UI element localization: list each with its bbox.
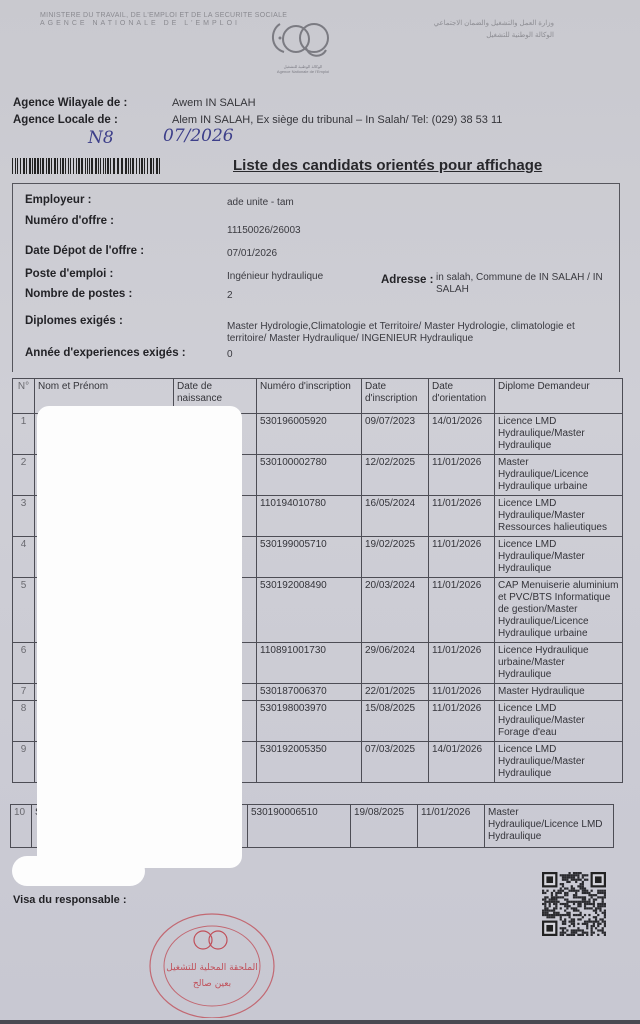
experience-value: 0 <box>227 349 233 361</box>
cell-date-inscription: 19/02/2025 <box>362 537 429 578</box>
numero-offre-value: 11150026/26003 <box>227 225 301 237</box>
cell-date-orientation: 11/01/2026 <box>418 805 485 848</box>
visa-label: Visa du responsable : <box>13 894 127 906</box>
header-french: MINISTERE DU TRAVAIL, DE L'EMPLOI ET DE … <box>40 12 287 27</box>
cell-date-inscription: 15/08/2025 <box>362 701 429 742</box>
cell-num: 7 <box>13 684 35 701</box>
bottom-edge <box>0 1020 640 1024</box>
document-title: Liste des candidats orientés pour affich… <box>233 157 542 174</box>
qr-code-icon <box>540 872 608 936</box>
anem-logo-icon <box>266 18 336 58</box>
cell-date-inscription: 16/05/2024 <box>362 496 429 537</box>
cell-diplome: Master Hydraulique/Licence LMD Hydrauliq… <box>485 805 614 848</box>
poste-label: Poste d'emploi : <box>25 268 113 280</box>
svg-text:بعين صالح: بعين صالح <box>193 979 231 989</box>
svg-text:الملحقة المحلية للتشغيل: الملحقة المحلية للتشغيل <box>166 963 257 973</box>
col-header-date-orientation: Date d'orientation <box>429 379 495 414</box>
agence-wilayale-label: Agence Wilayale de : <box>13 97 127 109</box>
diplomes-label: Diplomes exigés : <box>25 315 123 327</box>
header-arabic: وزارة العمل والتشغيل والضمان الاجتماعي ا… <box>434 18 554 42</box>
redaction-names <box>37 406 242 868</box>
diplomes-value: Master Hydrologie,Climatologie et Territ… <box>227 321 615 345</box>
cell-date-inscription: 20/03/2024 <box>362 578 429 643</box>
cell-date-inscription: 22/01/2025 <box>362 684 429 701</box>
cell-inscription: 530192005350 <box>257 742 362 783</box>
cell-date-orientation: 14/01/2026 <box>429 742 495 783</box>
col-header-date-inscription: Date d'inscription <box>362 379 429 414</box>
cell-date-orientation: 11/01/2026 <box>429 643 495 684</box>
handwritten-ref: N8 <box>88 128 114 148</box>
cell-diplome: Licence LMD Hydraulique/Master Ressource… <box>495 496 623 537</box>
cell-num: 2 <box>13 455 35 496</box>
numero-offre-label: Numéro d'offre : <box>25 215 114 227</box>
agence-wilayale-row: Agence Wilayale de : Awem IN SALAH <box>13 97 127 109</box>
cell-num: 6 <box>13 643 35 684</box>
cell-num: 5 <box>13 578 35 643</box>
agence-wilayale-value: Awem IN SALAH <box>172 97 256 109</box>
nombre-postes-label: Nombre de postes : <box>25 288 132 300</box>
cell-inscription: 110194010780 <box>257 496 362 537</box>
cell-diplome: Licence LMD Hydraulique/Master Hydrauliq… <box>495 537 623 578</box>
cell-date-orientation: 11/01/2026 <box>429 701 495 742</box>
cell-num: 10 <box>11 805 32 848</box>
document-page: MINISTERE DU TRAVAIL, DE L'EMPLOI ET DE … <box>0 0 640 1024</box>
col-header-diplome: Diplome Demandeur <box>495 379 623 414</box>
logo-caption: الوكالة الوطنية للتشغيل Agence Nationale… <box>268 64 338 74</box>
cell-diplome: Licence LMD Hydraulique/Master Hydrauliq… <box>495 414 623 455</box>
cell-date-inscription: 29/06/2024 <box>362 643 429 684</box>
agence-locale-label: Agence Locale de : <box>13 114 118 126</box>
col-header-inscription: Numéro d'inscription <box>257 379 362 414</box>
cell-inscription: 530100002780 <box>257 455 362 496</box>
cell-num: 1 <box>13 414 35 455</box>
cell-date-orientation: 11/01/2026 <box>429 537 495 578</box>
cell-inscription: 530196005920 <box>257 414 362 455</box>
col-header-num: N° <box>13 379 35 414</box>
cell-num: 8 <box>13 701 35 742</box>
agence-locale-value: Alem IN SALAH, Ex siège du tribunal – In… <box>172 114 502 126</box>
cell-date-inscription: 12/02/2025 <box>362 455 429 496</box>
cell-num: 9 <box>13 742 35 783</box>
offer-details: Employeur : ade unite - tam Numéro d'off… <box>12 183 620 372</box>
cell-date-orientation: 11/01/2026 <box>429 684 495 701</box>
nombre-postes-value: 2 <box>227 290 233 302</box>
experience-label: Année d'experiences exigés : <box>25 347 186 359</box>
poste-value: Ingénieur hydraulique <box>227 271 323 283</box>
cell-date-orientation: 11/01/2026 <box>429 578 495 643</box>
date-depot-value: 07/01/2026 <box>227 248 277 260</box>
adresse-label: Adresse : <box>381 274 433 286</box>
cell-date-orientation: 11/01/2026 <box>429 455 495 496</box>
agency-name: AGENCE NATIONALE DE L'EMPLOI <box>40 20 287 27</box>
cell-date-orientation: 11/01/2026 <box>429 496 495 537</box>
employeur-value: ade unite - tam <box>227 197 294 209</box>
cell-date-orientation: 14/01/2026 <box>429 414 495 455</box>
cell-num: 4 <box>13 537 35 578</box>
cell-date-inscription: 07/03/2025 <box>362 742 429 783</box>
cell-inscription: 530198003970 <box>257 701 362 742</box>
ministry-name: MINISTERE DU TRAVAIL, DE L'EMPLOI ET DE … <box>40 12 287 19</box>
cell-date-inscription: 19/08/2025 <box>351 805 418 848</box>
official-stamp-icon: الملحقة المحلية للتشغيل بعين صالح <box>140 910 280 1018</box>
date-depot-label: Date Dépot de l'offre : <box>25 245 144 257</box>
cell-inscription: 530199005710 <box>257 537 362 578</box>
adresse-value: in salah, Commune de IN SALAH / IN SALAH <box>436 272 614 296</box>
cell-inscription: 530192008490 <box>257 578 362 643</box>
cell-diplome: Licence Hydraulique urbaine/Master Hydra… <box>495 643 623 684</box>
cell-date-inscription: 09/07/2023 <box>362 414 429 455</box>
cell-diplome: Master Hydraulique/Licence Hydraulique u… <box>495 455 623 496</box>
handwritten-number: 07/2026 <box>163 126 234 146</box>
logo-caption-fr: Agence Nationale de l'Emploi <box>268 69 338 74</box>
employeur-label: Employeur : <box>25 194 91 206</box>
cell-inscription: 530187006370 <box>257 684 362 701</box>
cell-inscription: 110891001730 <box>257 643 362 684</box>
cell-inscription: 530190006510 <box>248 805 351 848</box>
ministry-name-ar: وزارة العمل والتشغيل والضمان الاجتماعي <box>434 18 554 30</box>
agency-name-ar: الوكالة الوطنية للتشغيل <box>434 30 554 42</box>
cell-diplome: Master Hydraulique <box>495 684 623 701</box>
cell-diplome: CAP Menuiserie aluminium et PVC/BTS Info… <box>495 578 623 643</box>
cell-diplome: Licence LMD Hydraulique/Master Forage d'… <box>495 701 623 742</box>
cell-diplome: Licence LMD Hydraulique/Master Hydrauliq… <box>495 742 623 783</box>
agence-locale-row: Agence Locale de : Alem IN SALAH, Ex siè… <box>13 114 118 126</box>
cell-num: 3 <box>13 496 35 537</box>
redaction-signature <box>12 856 145 886</box>
barcode-icon <box>12 158 194 174</box>
